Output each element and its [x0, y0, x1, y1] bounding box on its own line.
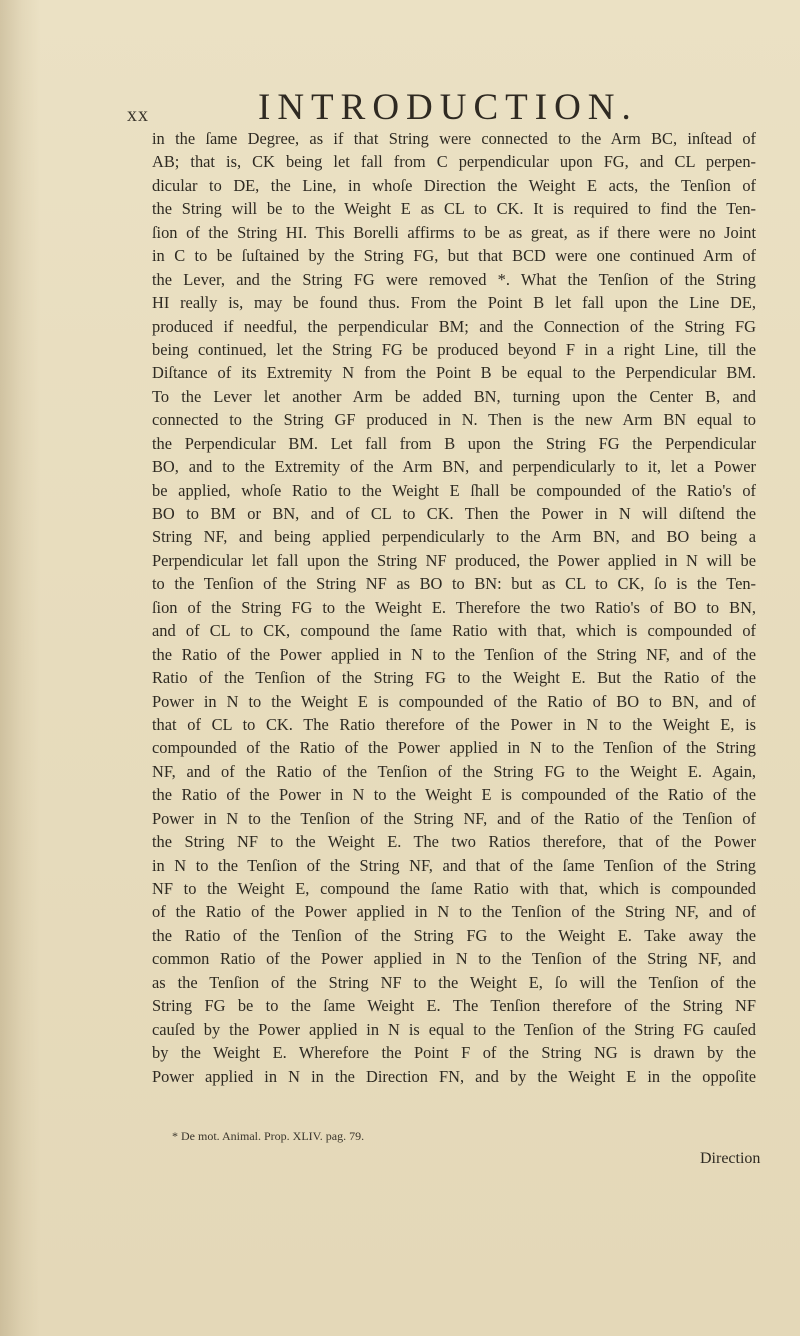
text-line: as the Tenſion of the String NF to the W…: [152, 971, 756, 994]
text-line: Power in N to the Tenſion of the String …: [152, 807, 756, 830]
text-line: NF, and of the Ratio of the Tenſion of t…: [152, 760, 756, 783]
text-line: that of CL to CK. The Ratio therefore of…: [152, 713, 756, 736]
text-line: BO to BM or BN, and of CL to CK. Then th…: [152, 502, 756, 525]
text-line: Ratio of the Tenſion of the String FG to…: [152, 666, 756, 689]
text-line: Perpendicular let fall upon the String N…: [152, 549, 756, 572]
text-line: Power in N to the Weight E is compounded…: [152, 690, 756, 713]
running-head-title: INTRODUCTION.: [258, 86, 638, 129]
text-line: be applied, whoſe Ratio to the Weight E …: [152, 479, 756, 502]
page-number: xx: [127, 104, 149, 127]
text-line: Power applied in N in the Direction FN, …: [152, 1065, 756, 1088]
text-line: connected to the String GF produced in N…: [152, 408, 756, 431]
text-line: the Perpendicular BM. Let fall from B up…: [152, 432, 756, 455]
text-line: String FG be to the ſame Weight E. The T…: [152, 994, 756, 1017]
text-line: common Ratio of the Power applied in N t…: [152, 947, 756, 970]
text-line: AB; that is, CK being let fall from C pe…: [152, 150, 756, 173]
text-line: being continued, let the String FG be pr…: [152, 338, 756, 361]
text-line: String NF, and being applied perpendicul…: [152, 525, 756, 548]
text-line: ſion of the String HI. This Borelli affi…: [152, 221, 756, 244]
text-line: Diſtance of its Extremity N from the Poi…: [152, 361, 756, 384]
text-line: To the Lever let another Arm be added BN…: [152, 385, 756, 408]
text-line: the Ratio of the Tenſion of the String F…: [152, 924, 756, 947]
text-line: by the Weight E. Wherefore the Point F o…: [152, 1041, 756, 1064]
text-line: in N to the Tenſion of the String NF, an…: [152, 854, 756, 877]
footnote: * De mot. Animal. Prop. XLIV. pag. 79.: [172, 1129, 364, 1144]
text-line: compounded of the Ratio of the Power app…: [152, 736, 756, 759]
text-line: BO, and to the Extremity of the Arm BN, …: [152, 455, 756, 478]
book-page: xx INTRODUCTION. in the ſame Degree, as …: [0, 0, 800, 1336]
text-line: NF to the Weight E, compound the ſame Ra…: [152, 877, 756, 900]
text-line: the Ratio of the Power applied in N to t…: [152, 643, 756, 666]
text-line: the Ratio of the Power in N to the Weigh…: [152, 783, 756, 806]
text-line: the Lever, and the String FG were remove…: [152, 268, 756, 291]
text-line: the String will be to the Weight E as CL…: [152, 197, 756, 220]
text-line: cauſed by the Power applied in N is equa…: [152, 1018, 756, 1041]
text-line: ſion of the String FG to the Weight E. T…: [152, 596, 756, 619]
body-text: in the ſame Degree, as if that String we…: [152, 127, 756, 1088]
text-line: HI really is, may be found thus. From th…: [152, 291, 756, 314]
text-line: and of CL to CK, compound the ſame Ratio…: [152, 619, 756, 642]
text-line: the String NF to the Weight E. The two R…: [152, 830, 756, 853]
text-line: of the Ratio of the Power applied in N t…: [152, 900, 756, 923]
text-line: produced if needful, the perpendicular B…: [152, 315, 756, 338]
text-line: dicular to DE, the Line, in whoſe Direct…: [152, 174, 756, 197]
catchword: Direction: [700, 1150, 760, 1168]
text-line: in C to be ſuſtained by the String FG, b…: [152, 244, 756, 267]
text-line: to the Tenſion of the String NF as BO to…: [152, 572, 756, 595]
text-line: in the ſame Degree, as if that String we…: [152, 127, 756, 150]
